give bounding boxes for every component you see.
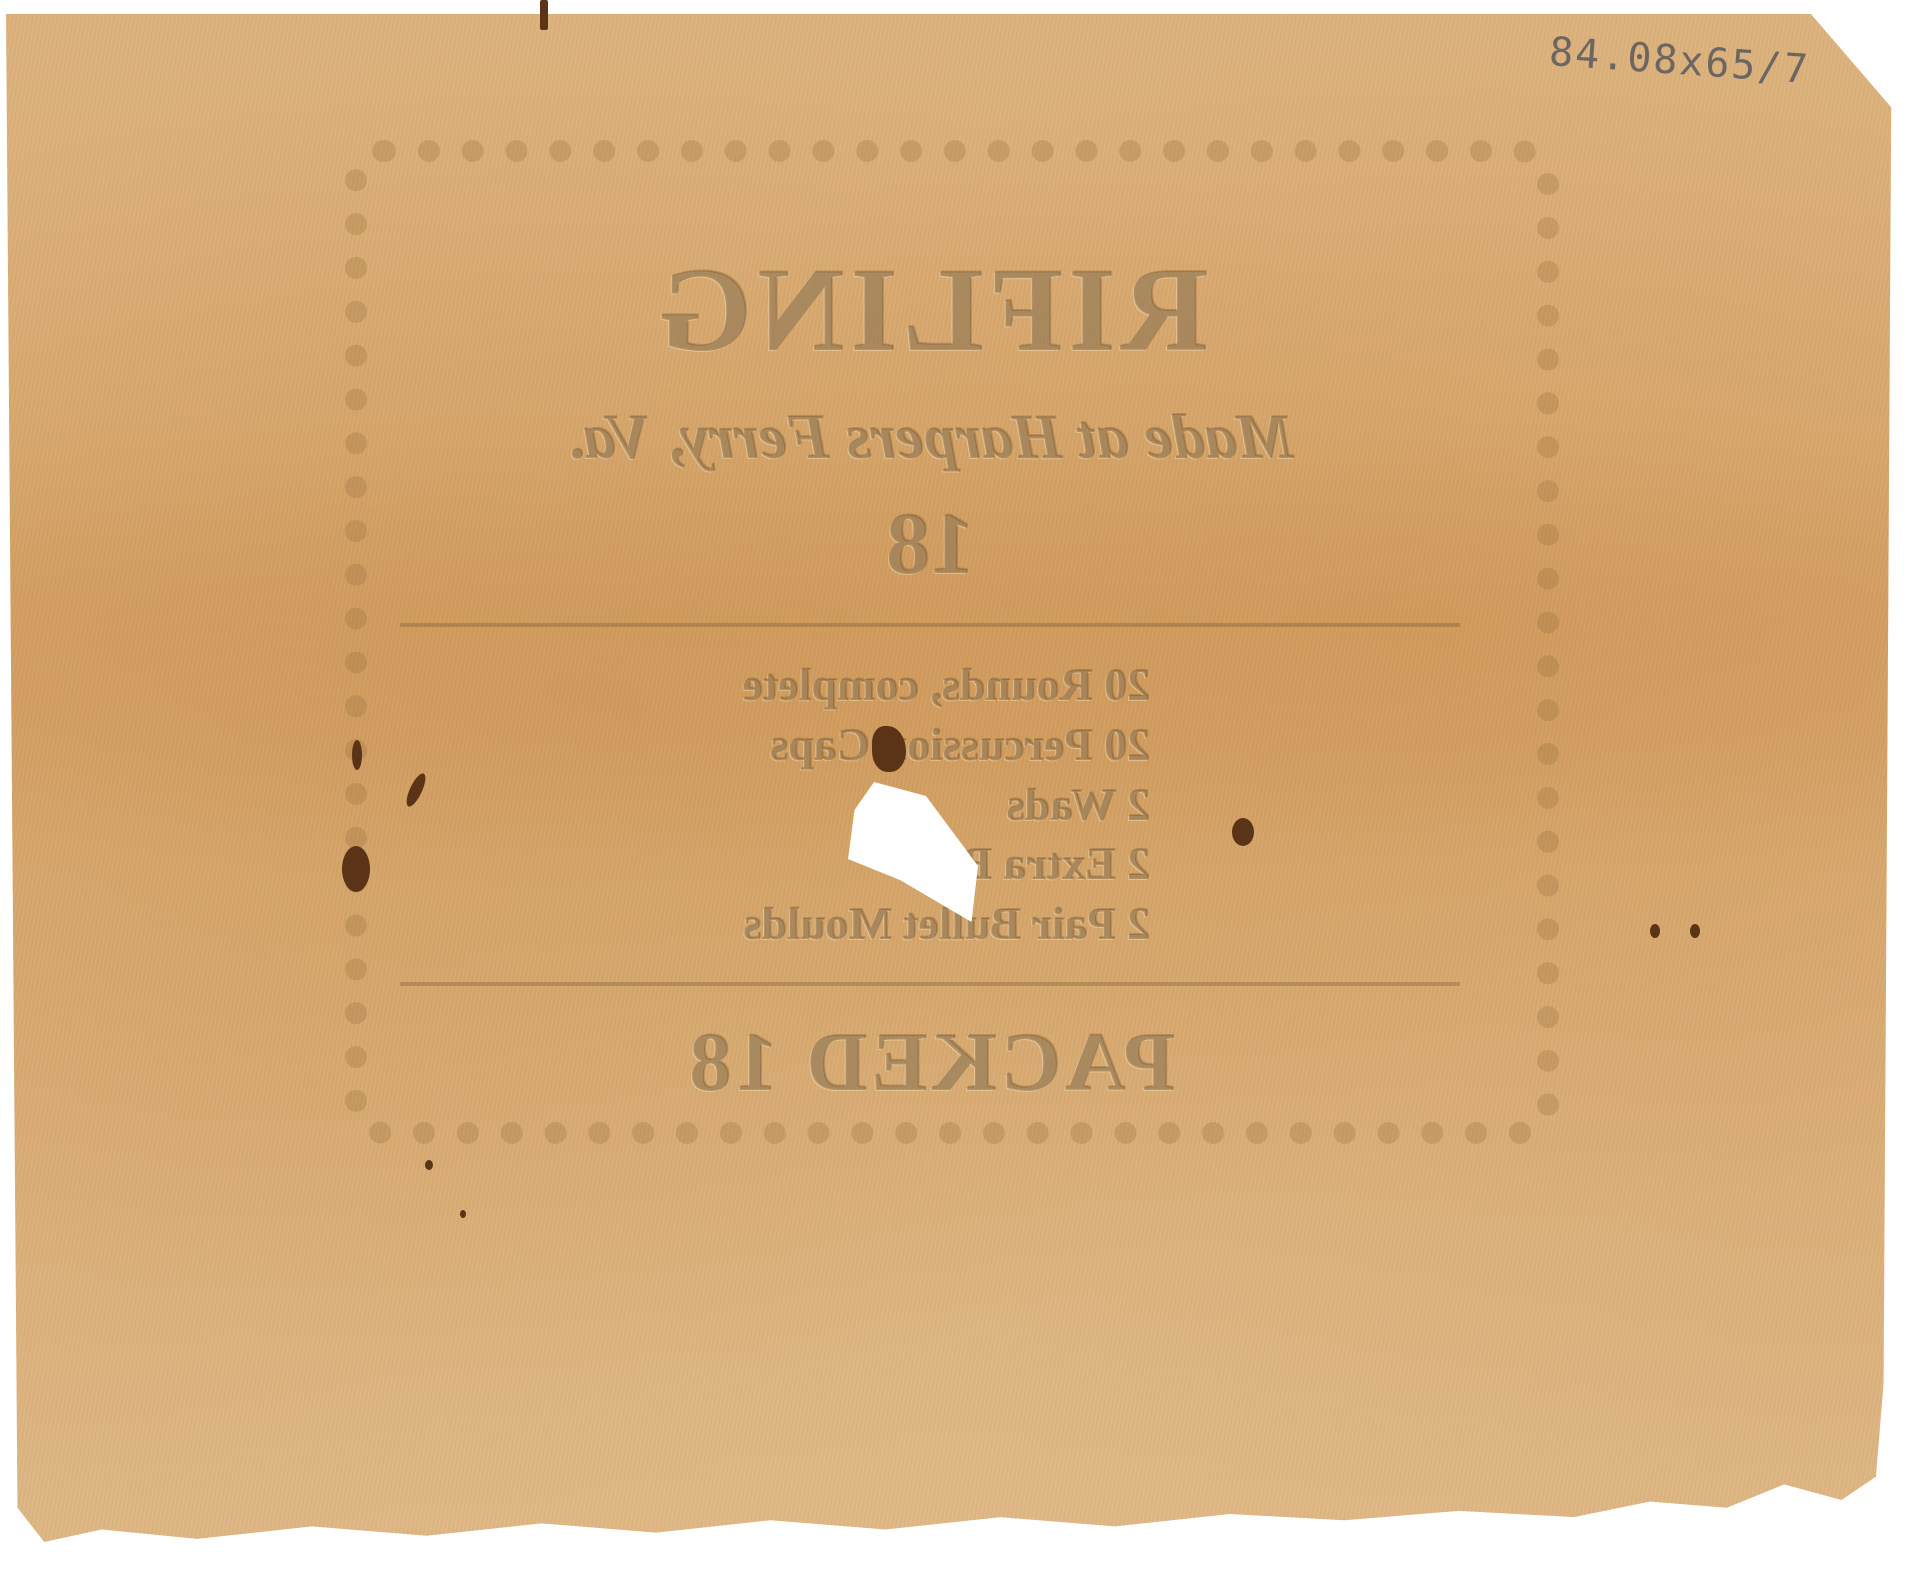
stain-spot <box>1232 818 1254 846</box>
label-title: RIFLING <box>380 250 1480 370</box>
stain-spot <box>872 726 906 772</box>
list-item: 2 Pair Bullet Moulds <box>380 894 1150 954</box>
label-number: 18 <box>380 494 1480 595</box>
list-item: 2 Extra Balls <box>380 834 1150 894</box>
list-item: 2 Wads <box>380 775 1150 835</box>
stain-spot <box>342 846 370 892</box>
stain-spot <box>540 0 548 30</box>
stain-spot <box>1650 924 1660 938</box>
label-subtitle: Made at Harpers Ferry, Va. <box>380 400 1480 474</box>
stain-spot <box>460 1210 466 1218</box>
divider <box>400 623 1460 627</box>
list-item: 20 Percussion Caps <box>380 715 1150 775</box>
stain-spot <box>352 740 362 770</box>
list-item: 20 Rounds, complete <box>380 655 1150 715</box>
stain-spot <box>1690 924 1700 938</box>
mirrored-label-impression: RIFLING Made at Harpers Ferry, Va. 18 20… <box>380 200 1480 1100</box>
divider <box>400 982 1460 986</box>
label-footer: PACKED 18 <box>380 1014 1480 1111</box>
stain-spot <box>425 1160 433 1170</box>
